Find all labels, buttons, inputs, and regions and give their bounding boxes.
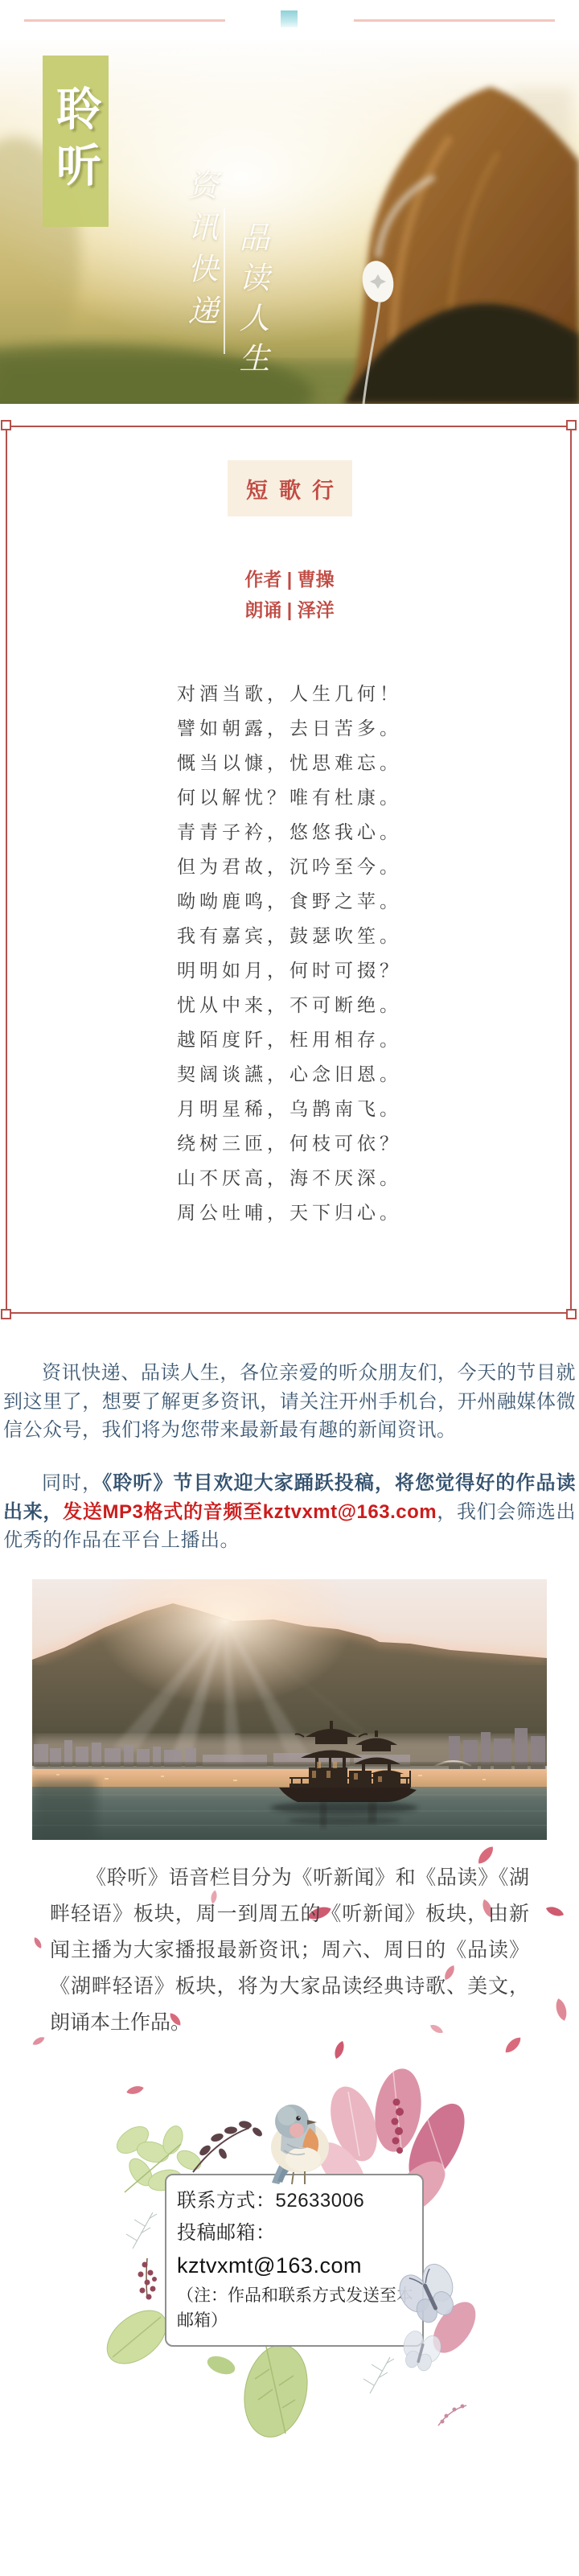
poem-line: 呦呦鹿鸣，食野之苹。 [0, 884, 579, 919]
contact-card: 联系方式：52633006 投稿邮箱： kztvxmt@163.com （注：作… [165, 2174, 424, 2347]
poem-author-line: 作者 | 曹操 [0, 565, 579, 591]
divider-line-right [354, 19, 555, 22]
outro-paragraph-2: 同时，《聆听》节目欢迎大家踊跃投稿，将您觉得好的作品读出来，发送MP3格式的音频… [3, 1469, 576, 1555]
lake-photo-art [32, 1579, 547, 1840]
hero-image: 聆听 资讯快递 品读人生 [0, 40, 579, 404]
bird-icon [271, 2105, 329, 2184]
poem-line: 我有嘉宾，鼓瑟吹笙。 [0, 919, 579, 953]
contact-email: kztvxmt@163.com [177, 2252, 414, 2279]
frame-corner-icon [566, 1309, 577, 1319]
contact-note: （注：作品和联系方式发送至本邮箱） [177, 2283, 414, 2333]
contact-email-label: 投稿邮箱： [177, 2220, 414, 2246]
poem-line: 譬如朝露，去日苦多。 [0, 711, 579, 746]
outro-paragraph-1: 资讯快递、品读人生，各位亲爱的听众朋友们，今天的节目就到这里了，想要了解更多资讯… [3, 1359, 576, 1445]
p2-email-highlight: 发送MP3格式的音频至kztvxmt@163.com [63, 1501, 437, 1523]
program-description: 《聆听》语音栏目分为《听新闻》和《品读》《湖畔轻语》板块，周一到周五的《听新闻》… [50, 1860, 529, 2041]
poem-line: 绕树三匝，何枝可依？ [0, 1126, 579, 1161]
frame-corner-icon [566, 420, 577, 430]
pink-sprig-icon [438, 2405, 466, 2426]
frame-corner-icon [1, 1309, 11, 1319]
listen-badge: 聆听 [43, 56, 109, 227]
poem-line: 月明星稀，乌鹊南飞。 [0, 1092, 579, 1126]
poem-line: 明明如月，何时可掇？ [0, 953, 579, 988]
dark-branch-icon [193, 2120, 264, 2172]
poem-line: 对酒当歌，人生几何！ [0, 677, 579, 711]
poem-reciter-line: 朗诵 | 泽洋 [0, 595, 579, 622]
poem-line: 周公吐哺，天下归心。 [0, 1195, 579, 1230]
p2-plain-start: 同时， [42, 1472, 102, 1494]
berries-icon [138, 2258, 158, 2300]
flower-spike-icon [392, 2099, 404, 2154]
poem-body: 对酒当歌，人生几何！ 譬如朝露，去日苦多。 慨当以慷，忧思难忘。 何以解忧？唯有… [0, 677, 579, 1230]
poem-line: 越陌度阡，枉用相存。 [0, 1023, 579, 1057]
poem-line: 慨当以慷，忧思难忘。 [0, 746, 579, 780]
contact-phone-line: 联系方式：52633006 [177, 2187, 414, 2214]
overlap-leaf-icon [425, 2294, 484, 2360]
slogan-divider-line [224, 208, 225, 354]
frame-corner-icon [1, 420, 11, 430]
poem-title: 短歌行 [228, 460, 352, 516]
divider-line-left [24, 19, 225, 22]
poem-line: 何以解忧？唯有杜康。 [0, 780, 579, 815]
listen-badge-text: 聆听 [43, 85, 109, 198]
article-page: 聆听 资讯快递 品读人生 短歌行 作者 | 曹操 朗诵 | 泽洋 对酒当歌，人生… [0, 0, 579, 2576]
poem-line: 山不厌高，海不厌深。 [0, 1161, 579, 1195]
slogan-vertical-right: 品读人生 [230, 221, 274, 382]
poem-line: 青青子衿，悠悠我心。 [0, 815, 579, 850]
poem-line: 忧从中来，不可断绝。 [0, 988, 579, 1023]
poem-line: 但为君故，沉吟至今。 [0, 850, 579, 884]
poem-line: 契阔谈讌，心念旧恩。 [0, 1057, 579, 1092]
divider-teal-square [281, 10, 298, 27]
slogan-vertical-left: 资讯快递 [179, 169, 223, 336]
lake-pavilion-photo [32, 1579, 547, 1840]
